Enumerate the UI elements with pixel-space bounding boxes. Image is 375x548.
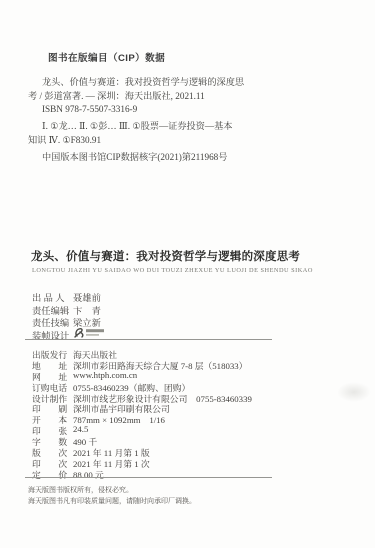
staff-row-editor: 责任编辑 卞 青	[0, 303, 375, 316]
publication-value: www.htph.com.cn	[73, 370, 375, 381]
cip-class-line2: 知识 Ⅳ. ①F830.91	[28, 134, 358, 148]
cip-classification-block: Ⅰ. ①龙… Ⅱ. ①彭… Ⅲ. ①股票—证券投资—基本 知识 Ⅳ. ①F830…	[28, 120, 358, 147]
book-title-pinyin: LONGTOU JIAZHI YU SAIDAO WO DUI TOUZI ZH…	[32, 267, 313, 274]
publication-label: 订购电话	[32, 381, 73, 392]
staff-value: 梁立新	[73, 315, 375, 328]
design-studio-logo-icon	[73, 326, 109, 339]
copyright-notice: 海天版图书版权所有，侵权必究。	[28, 485, 196, 496]
publication-row-design-production: 设计制作 深圳市线艺形象设计有限公司 0755-83460339	[0, 392, 375, 403]
staff-label: 责任技编	[32, 315, 73, 328]
publication-row-address: 地 址 深圳市彩田路海天综合大厦 7-8 层（518033）	[0, 359, 375, 370]
staff-label: 责任编辑	[32, 303, 73, 316]
staff-value: 聂雄前	[73, 290, 375, 303]
publication-label: 印 张	[32, 424, 73, 435]
publication-value: 2021 年 11 月第 1 次	[73, 457, 375, 468]
publication-label: 地 址	[32, 359, 73, 370]
publication-label: 网 址	[32, 370, 73, 381]
publication-row-website: 网 址 www.htph.com.cn	[0, 370, 375, 381]
publication-value: 2021 年 11 月第 1 版	[73, 446, 375, 457]
publication-value: 深圳市彩田路海天综合大厦 7-8 层（518033）	[73, 359, 375, 370]
cip-registry-block: 中国版本图书馆CIP数据核字(2021)第211968号	[28, 151, 358, 165]
publication-value: 24.5	[73, 424, 375, 435]
publication-value: 深圳市线艺形象设计有限公司 0755-83460339	[73, 392, 375, 403]
publication-row-impression: 印 次 2021 年 11 月第 1 次	[0, 457, 375, 468]
publication-value: 0755-83460239（邮购、团购）	[73, 381, 375, 392]
publication-label: 出版发行	[32, 348, 73, 359]
publication-info-list: 出版发行 海天出版社 地 址 深圳市彩田路海天综合大厦 7-8 层（518033…	[0, 348, 375, 479]
print-quality-notice: 海天版图书凡有印装质量问题，请随时向承印厂调换。	[28, 496, 196, 507]
publication-row-printer: 印 刷 深圳市晶宇印刷有限公司	[0, 402, 375, 413]
publication-row-format: 开 本 787mm × 1092mm 1/16	[0, 413, 375, 424]
divider-bottom	[25, 477, 272, 478]
staff-list: 出 品 人 聂雄前 责任编辑 卞 青 责任技编 梁立新 装帧设计	[0, 290, 375, 341]
publication-value: 深圳市晶宇印刷有限公司	[73, 402, 375, 413]
publication-label: 开 本	[32, 413, 73, 424]
book-title: 龙头、价值与赛道：我对投资哲学与逻辑的深度思考	[31, 248, 300, 264]
staff-label: 出 品 人	[32, 290, 73, 303]
publication-value: 海天出版社	[73, 348, 375, 359]
cip-title-line: 龙头、价值与赛道：我对投资哲学与逻辑的深度思	[28, 76, 358, 90]
staff-row-producer: 出 品 人 聂雄前	[0, 290, 375, 303]
publication-label: 字 数	[32, 435, 73, 446]
publication-row-order-phone: 订购电话 0755-83460239（邮购、团购）	[0, 381, 375, 392]
publication-label: 设计制作	[32, 392, 73, 403]
publication-row-publisher: 出版发行 海天出版社	[0, 348, 375, 359]
cip-record-block: 龙头、价值与赛道：我对投资哲学与逻辑的深度思 考 / 彭道富著. — 深圳：海天…	[28, 76, 358, 117]
publication-row-sheets: 印 张 24.5	[0, 424, 375, 435]
cip-author-line: 考 / 彭道富著. — 深圳：海天出版社, 2021.11	[28, 90, 358, 104]
cip-header: 图书在版编目（CIP）数据	[48, 50, 165, 64]
cip-class-line1: Ⅰ. ①龙… Ⅱ. ①彭… Ⅲ. ①股票—证券投资—基本	[28, 120, 358, 134]
publication-row-word-count: 字 数 490 千	[0, 435, 375, 446]
publication-value: 787mm × 1092mm 1/16	[73, 413, 375, 424]
cip-registry-number: 中国版本图书馆CIP数据核字(2021)第211968号	[28, 151, 358, 165]
copyright-notices: 海天版图书版权所有，侵权必究。 海天版图书凡有印装质量问题，请随时向承印厂调换。	[28, 485, 196, 508]
publication-label: 印 次	[32, 457, 73, 468]
publication-row-edition: 版 次 2021 年 11 月第 1 版	[0, 446, 375, 457]
publication-value: 490 千	[73, 435, 375, 446]
publication-label: 版 次	[32, 446, 73, 457]
book-copyright-page: 图书在版编目（CIP）数据 龙头、价值与赛道：我对投资哲学与逻辑的深度思 考 /…	[0, 0, 375, 548]
cip-isbn: ISBN 978-7-5507-3316-9	[28, 103, 358, 117]
staff-value: 卞 青	[73, 303, 375, 316]
publication-label: 印 刷	[32, 402, 73, 413]
staff-row-technical-editor: 责任技编 梁立新	[0, 315, 375, 328]
divider-top	[25, 339, 272, 340]
